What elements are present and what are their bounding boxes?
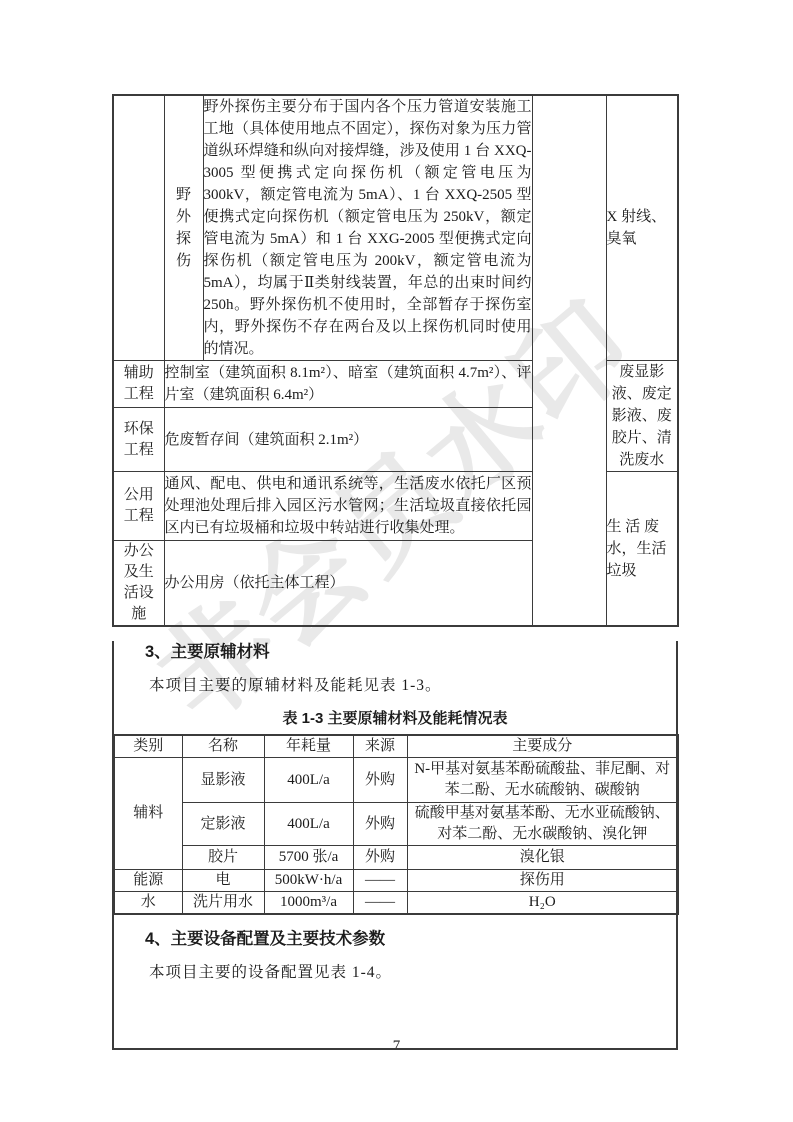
table13-caption: 表 1-3 主要原辅材料及能耗情况表 [114, 709, 676, 729]
category-energy: 能源 [114, 870, 182, 892]
field-inspection-label-cell: 野 外 探 伤 [164, 95, 203, 361]
utility-pollutant-cell: 生 活 废 水，生活 垃圾 [606, 472, 678, 627]
materials-header-row: 类别 名称 年耗量 来源 主要成分 [114, 735, 678, 758]
developer-name: 显影液 [182, 758, 264, 803]
section4-heading: 4、主要设备配置及主要技术参数 [145, 928, 676, 950]
header-category: 类别 [114, 735, 182, 758]
developer-source: 外购 [353, 758, 407, 803]
fixer-source: 外购 [353, 803, 407, 846]
office-living-description-cell: 办公用房（依托主体工程） [164, 541, 532, 627]
water-name: 洗片用水 [182, 892, 264, 915]
film-annual: 5700 张/a [264, 846, 353, 870]
section4-paragraph: 本项目主要的设备配置见表 1-4。 [149, 962, 676, 984]
document-page: 非会员水印 野 外 探 伤 野外探伤主要分布于国内各个压力管道安装施工工地（具体… [0, 0, 793, 1122]
empty-merged-column-cell [532, 95, 606, 626]
header-annual-consumption: 年耗量 [264, 735, 353, 758]
developer-annual: 400L/a [264, 758, 353, 803]
section3-heading: 3、主要原辅材料 [145, 641, 676, 663]
materials-row-developer: 辅料 显影液 400L/a 外购 N-甲基对氨基苯酚硫酸盐、菲尼酮、对苯二酚、无… [114, 758, 678, 803]
row-field-inspection: 野 外 探 伤 野外探伤主要分布于国内各个压力管道安装施工工地（具体使用地点不固… [113, 95, 678, 361]
electricity-source: —— [353, 870, 407, 892]
header-main-components: 主要成分 [407, 735, 678, 758]
lower-content-cell: 3、主要原辅材料 本项目主要的原辅材料及能耗见表 1-3。 表 1-3 主要原辅… [112, 641, 678, 1050]
environmental-description-cell: 危废暂存间（建筑面积 2.1m²） [164, 408, 532, 472]
environmental-label-cell: 环保 工程 [113, 408, 164, 472]
materials-row-electricity: 能源 电 500kW·h/a —— 探伤用 [114, 870, 678, 892]
auxiliary-description-cell: 控制室（建筑面积 8.1m²）、暗室（建筑面积 4.7m²）、评片室（建筑面积 … [164, 361, 532, 408]
water-source: —— [353, 892, 407, 915]
utility-label-cell: 公用 工程 [113, 472, 164, 541]
fixer-annual: 400L/a [264, 803, 353, 846]
fixer-components: 硫酸甲基对氨基苯酚、无水亚硫酸钠、对苯二酚、无水碳酸钠、溴化钾 [407, 803, 678, 846]
field-inspection-pollutant-cell: X 射线、 臭氧 [606, 95, 678, 361]
film-source: 外购 [353, 846, 407, 870]
water-components: H₂O [407, 892, 678, 915]
film-components: 溴化银 [407, 846, 678, 870]
developer-components: N-甲基对氨基苯酚硫酸盐、菲尼酮、对苯二酚、无水硫酸钠、碳酸钠 [407, 758, 678, 803]
materials-energy-table: 类别 名称 年耗量 来源 主要成分 辅料 显影液 400L/a 外购 N-甲基对… [113, 734, 679, 915]
utility-description-cell: 通风、配电、供电和通讯系统等，生活废水依托厂区预处理池处理后排入园区污水管网；生… [164, 472, 532, 541]
field-inspection-description-cell: 野外探伤主要分布于国内各个压力管道安装施工工地（具体使用地点不固定），探伤对象为… [203, 95, 532, 361]
electricity-components: 探伤用 [407, 870, 678, 892]
project-composition-table: 野 外 探 伤 野外探伤主要分布于国内各个压力管道安装施工工地（具体使用地点不固… [112, 94, 679, 627]
field-inspection-outer-label-cell [113, 95, 164, 361]
materials-row-water: 水 洗片用水 1000m³/a —— H₂O [114, 892, 678, 915]
film-name: 胶片 [182, 846, 264, 870]
electricity-annual: 500kW·h/a [264, 870, 353, 892]
header-source: 来源 [353, 735, 407, 758]
materials-row-fixer: 定影液 400L/a 外购 硫酸甲基对氨基苯酚、无水亚硫酸钠、对苯二酚、无水碳酸… [114, 803, 678, 846]
category-water: 水 [114, 892, 182, 915]
auxiliary-label-cell: 辅助 工程 [113, 361, 164, 408]
report-content-box: 野 外 探 伤 野外探伤主要分布于国内各个压力管道安装施工工地（具体使用地点不固… [112, 94, 678, 1050]
category-auxiliary-materials: 辅料 [114, 758, 182, 870]
water-annual: 1000m³/a [264, 892, 353, 915]
electricity-name: 电 [182, 870, 264, 892]
auxiliary-pollutant-cell: 废显影 液、废定 影液、废 胶片、清 洗废水 [606, 361, 678, 472]
header-name: 名称 [182, 735, 264, 758]
office-living-label-cell: 办公 及生 活设 施 [113, 541, 164, 627]
fixer-name: 定影液 [182, 803, 264, 846]
section3-paragraph: 本项目主要的原辅材料及能耗见表 1-3。 [149, 675, 676, 697]
materials-row-film: 胶片 5700 张/a 外购 溴化银 [114, 846, 678, 870]
